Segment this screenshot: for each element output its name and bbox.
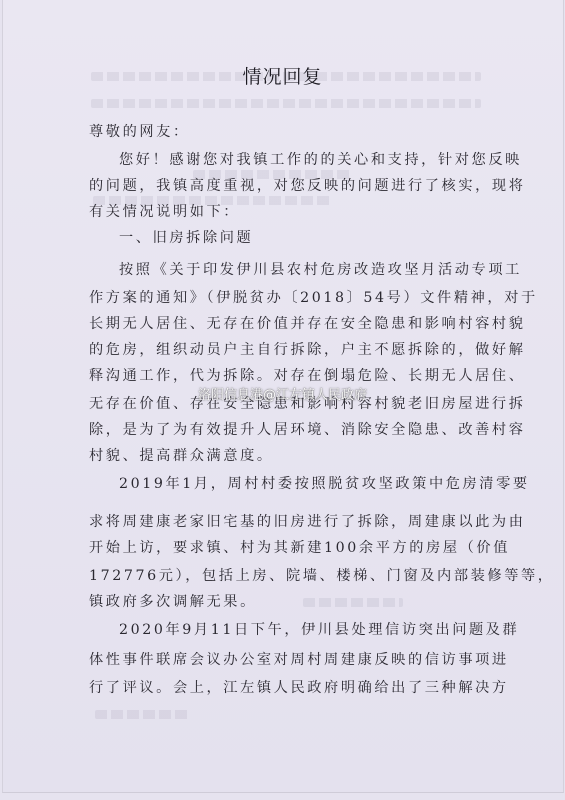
- paragraph-line: 村貌、提高群众满意度。: [89, 446, 479, 466]
- paragraph-line: 行了评议。会上，江左镇人民政府明确给出了三种解决方: [89, 678, 479, 698]
- source-watermark: 洛阳信息港@江左镇人民政府: [198, 384, 367, 403]
- paragraph-line: 体性事件联席会议办公室对周村周建康反映的信访事项进: [89, 650, 479, 670]
- paragraph-line: 2020年9月11日下午，伊川县处理信访突出问题及群: [119, 620, 479, 640]
- document-title: 情况回复: [0, 62, 565, 89]
- bleed-through-text: [95, 710, 190, 719]
- section-heading: 一、旧房拆除问题: [119, 228, 479, 248]
- paragraph-line: 的危房，组织动员户主自行拆除，户主不愿拆除的，做好解: [89, 340, 479, 360]
- paragraph-line: 长期无人居住、无存在价值并存在安全隐患和影响村容村貌: [89, 314, 479, 334]
- paragraph-line: 的问题，我镇高度重视，对您反映的问题进行了核实，现将: [89, 176, 479, 196]
- paragraph-line: 除，是为了为有效提升人居环境、消除安全隐患、改善村容: [89, 420, 479, 440]
- paragraph-line: 按照《关于印发伊川县农村危房改造攻坚月活动专项工: [119, 260, 479, 280]
- paragraph-line: 作方案的通知》（伊脱贫办〔2018〕54号）文件精神，对于: [89, 288, 479, 308]
- paragraph-line: 镇政府多次调解无果。: [89, 592, 479, 612]
- paragraph-line: 释沟通工作，代为拆除。对存在倒塌危险、长期无人居住、: [89, 366, 479, 386]
- paragraph-line: 172776元），包括上房、院墙、楼梯、门窗及内部装修等等，: [89, 566, 479, 586]
- greeting: 尊敬的网友：: [89, 122, 479, 142]
- paragraph-line: 求将周建康老家旧宅基的旧房进行了拆除，周建康以此为由: [89, 512, 479, 532]
- bleed-through-text: [91, 99, 481, 108]
- paragraph-line: 2019年1月，周村村委按照脱贫攻坚政策中危房清零要: [119, 474, 479, 494]
- paragraph-line: 有关情况说明如下：: [89, 202, 479, 222]
- paragraph-line: 您好！感谢您对我镇工作的的关心和支持，针对您反映: [119, 150, 479, 170]
- paragraph-line: 开始上访，要求镇、村为其新建100余平方的房屋（价值: [89, 538, 479, 558]
